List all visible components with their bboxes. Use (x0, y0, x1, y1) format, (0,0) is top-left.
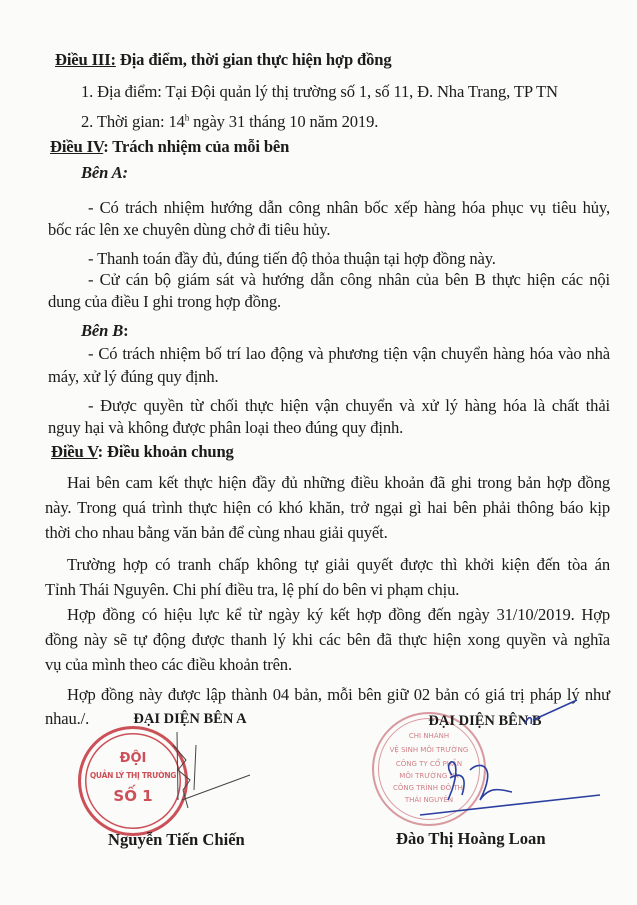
party-a-signature-strokes (173, 732, 250, 808)
handwritten-signatures (0, 0, 637, 905)
party-b-signature-strokes (420, 700, 600, 815)
